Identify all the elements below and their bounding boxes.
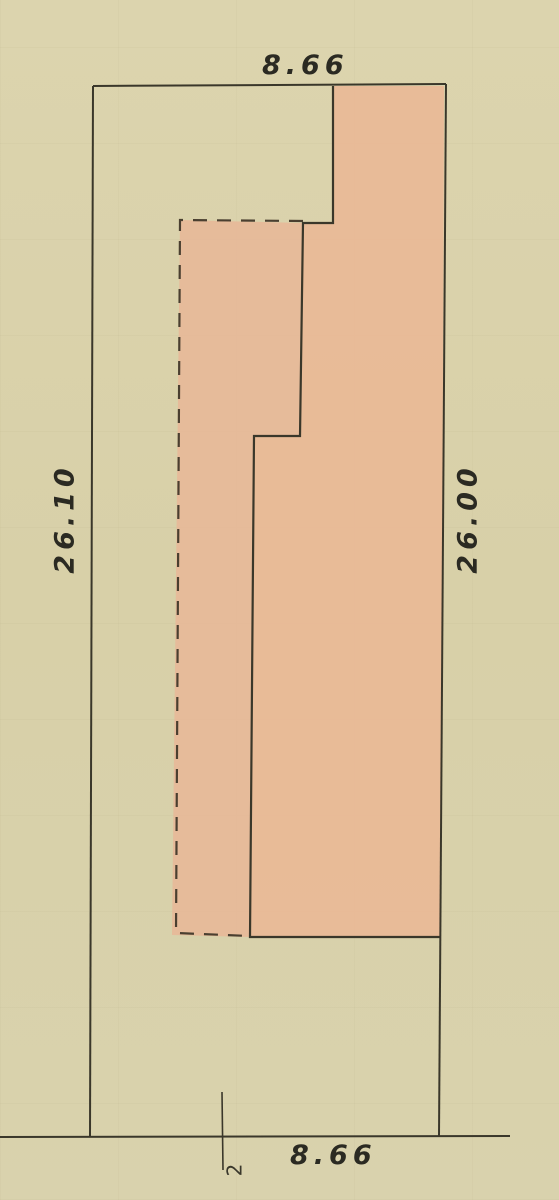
- reference-tick: [222, 1092, 223, 1170]
- dimension-bottom: 8.66: [290, 1140, 377, 1171]
- dimension-left: 26.10: [50, 449, 81, 589]
- site-plan-drawing: [0, 0, 559, 1200]
- reference-marker: 2: [222, 1164, 246, 1177]
- dimension-right: 26.00: [453, 449, 484, 589]
- dimension-top: 8.66: [262, 50, 349, 81]
- building-footprint: [250, 86, 444, 937]
- site-plan-sheet: 8.66 8.66 26.10 26.00 2: [0, 0, 559, 1200]
